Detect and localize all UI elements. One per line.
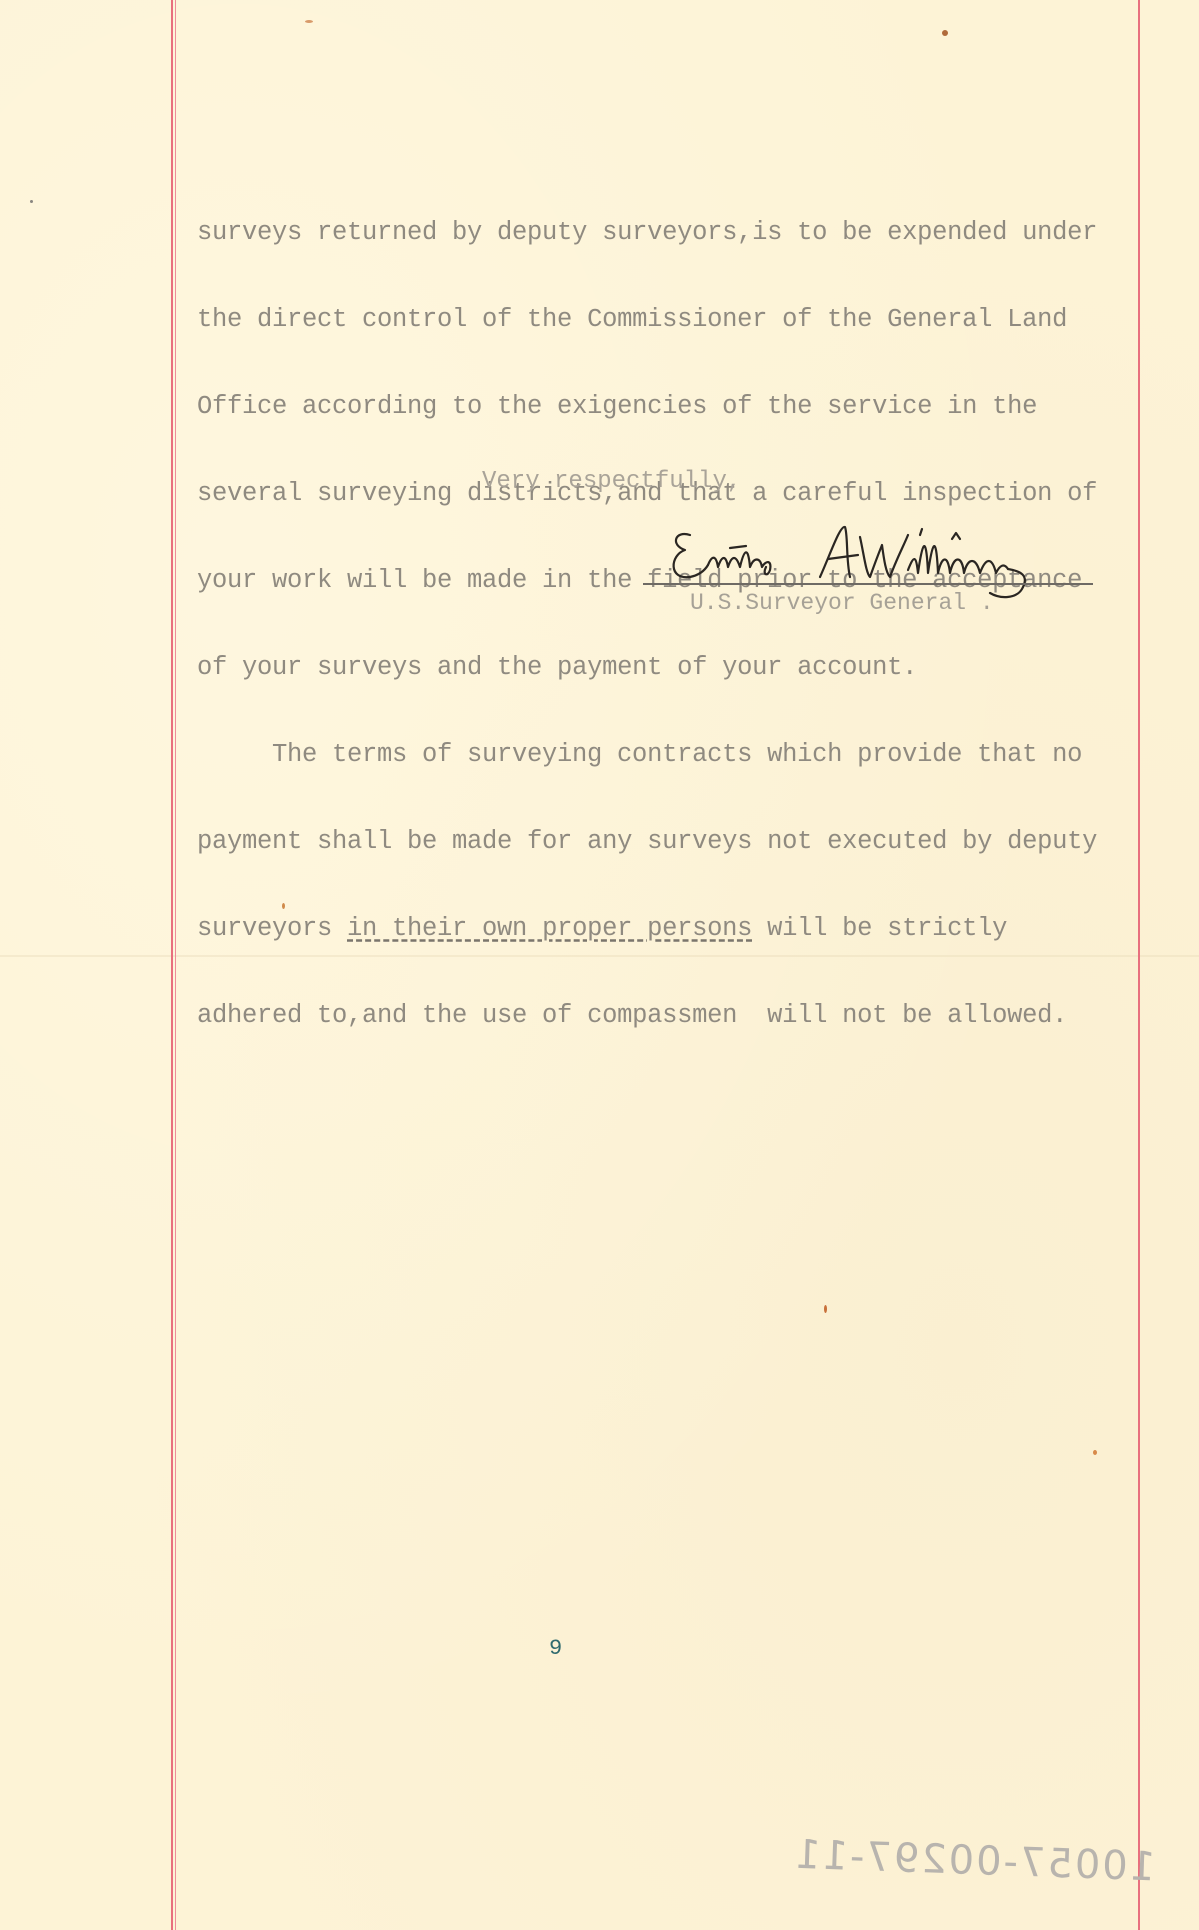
left-margin-rule-inner <box>175 0 176 1930</box>
line-suffix: will be strictly <box>752 914 1007 943</box>
signatory-title: U.S.Surveyor General . <box>690 590 994 616</box>
paper-stain <box>305 20 313 23</box>
document-page: surveys returned by deputy surveyors,is … <box>0 0 1199 1930</box>
signature-line <box>643 583 1093 585</box>
body-line: of your surveys and the payment of your … <box>197 653 1117 682</box>
body-line: adhered to,and the use of compassmen wil… <box>197 1001 1117 1030</box>
paper-stain <box>942 30 948 36</box>
body-line: the direct control of the Commissioner o… <box>197 305 1117 334</box>
left-margin-rule <box>171 0 173 1930</box>
page-number: 9 <box>549 1636 562 1661</box>
line-prefix: surveyors <box>197 914 347 943</box>
paper-speck <box>30 200 33 203</box>
body-line: The terms of surveying contracts which p… <box>197 740 1117 769</box>
body-line: Office according to the exigencies of th… <box>197 392 1117 421</box>
body-line: surveys returned by deputy surveyors,is … <box>197 218 1117 247</box>
right-margin-rule <box>1138 0 1140 1930</box>
paper-stain <box>824 1305 827 1313</box>
body-line: payment shall be made for any surveys no… <box>197 827 1117 856</box>
underlined-phrase: in their own proper persons <box>347 914 752 943</box>
pencil-archive-number-bleedthrough: 10057-00297-11 <box>792 1832 1156 1891</box>
closing-salutation: Very respectfully, <box>482 468 741 495</box>
letter-body: surveys returned by deputy surveyors,is … <box>197 160 1117 1088</box>
body-line-underlined: surveyors in their own proper persons wi… <box>197 914 1117 943</box>
paper-stain <box>1093 1450 1097 1455</box>
